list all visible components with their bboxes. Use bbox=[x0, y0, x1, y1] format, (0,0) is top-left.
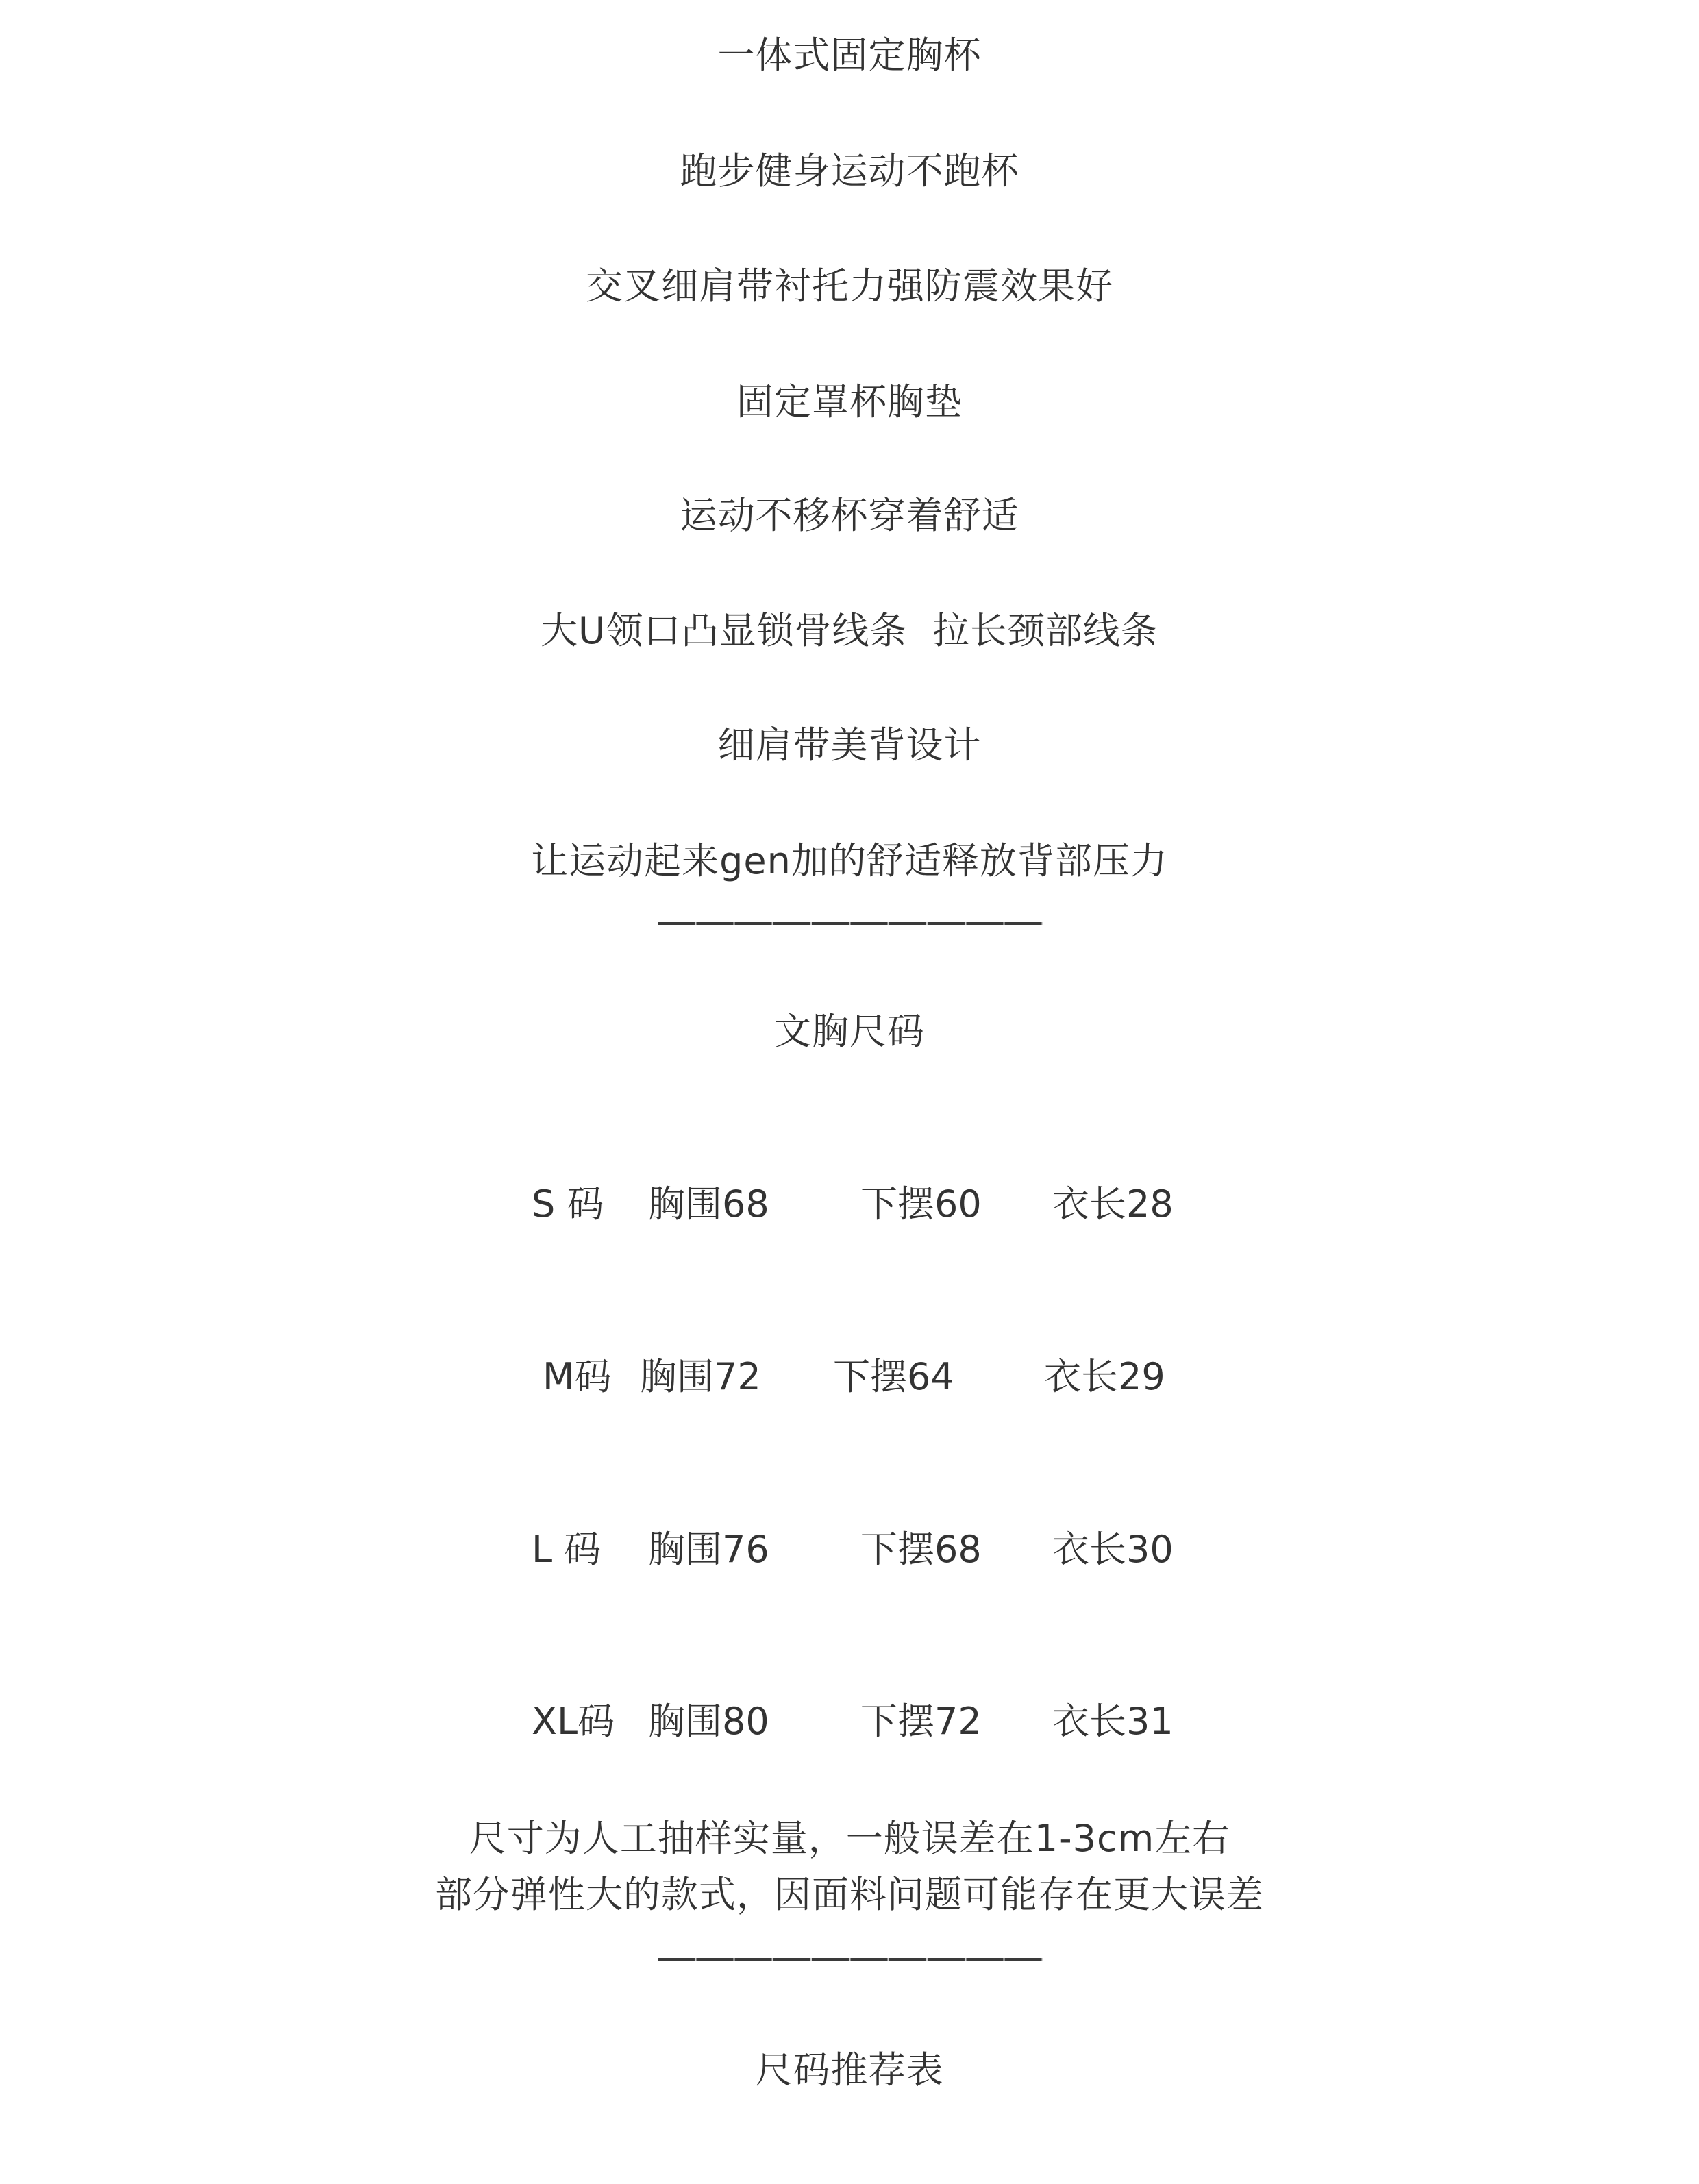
size-row-s: S 码 胸围68 下摆60 衣长28 bbox=[0, 1180, 1699, 1228]
feature-line-2: 跑步健身运动不跑杯 bbox=[0, 147, 1699, 195]
bust-value: 胸围72 bbox=[640, 1353, 761, 1401]
size-row-l: L 码 胸围76 下摆68 衣长30 bbox=[0, 1526, 1699, 1574]
measurement-note-2: 部分弹性大的款式，因面料问题可能存在更大误差 bbox=[0, 1871, 1699, 1919]
length-value: 衣长30 bbox=[1052, 1526, 1174, 1574]
hem-value: 下摆68 bbox=[860, 1526, 982, 1574]
size-row-m: M码 胸围72 下摆64 衣长29 bbox=[0, 1353, 1699, 1401]
divider bbox=[658, 1958, 1043, 1961]
size-chart-title: 文胸尺码 bbox=[0, 1008, 1699, 1056]
size-label: XL码 bbox=[532, 1698, 615, 1746]
length-value: 衣长29 bbox=[1044, 1353, 1165, 1401]
feature-line-1: 一体式固定胸杯 bbox=[0, 32, 1699, 79]
bust-value: 胸围80 bbox=[648, 1698, 769, 1746]
measurement-note-1: 尺寸为人工抽样实量，一般误差在1-3cm左右 bbox=[0, 1815, 1699, 1863]
feature-line-8: 让运动起来gen加的舒适释放背部压力 bbox=[0, 837, 1699, 885]
hem-value: 下摆60 bbox=[860, 1180, 982, 1228]
size-label: L 码 bbox=[532, 1526, 601, 1574]
feature-line-6: 大U领口凸显锁骨线条 拉长颈部线条 bbox=[0, 607, 1699, 655]
feature-line-5: 运动不移杯穿着舒适 bbox=[0, 492, 1699, 540]
feature-line-7: 细肩带美背设计 bbox=[0, 721, 1699, 769]
size-row-xl: XL码 胸围80 下摆72 衣长31 bbox=[0, 1698, 1699, 1746]
feature-line-4: 固定罩杯胸垫 bbox=[0, 378, 1699, 426]
length-value: 衣长31 bbox=[1052, 1698, 1174, 1746]
size-label: M码 bbox=[543, 1353, 612, 1401]
length-value: 衣长28 bbox=[1052, 1180, 1174, 1228]
bust-value: 胸围68 bbox=[648, 1180, 769, 1228]
hem-value: 下摆64 bbox=[833, 1353, 954, 1401]
size-label: S 码 bbox=[532, 1180, 604, 1228]
divider bbox=[658, 922, 1043, 925]
bust-value: 胸围76 bbox=[648, 1526, 769, 1574]
feature-line-3: 交叉细肩带衬托力强防震效果好 bbox=[0, 262, 1699, 310]
hem-value: 下摆72 bbox=[860, 1698, 982, 1746]
size-recommendation-title: 尺码推荐表 bbox=[0, 2046, 1699, 2094]
